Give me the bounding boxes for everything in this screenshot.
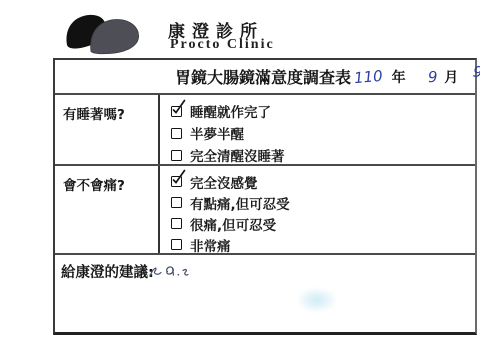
options-pain: 完全沒感覺 有點痛,但可忍受 很痛,但可忍受: [171, 166, 290, 253]
checkbox-empty: [171, 128, 182, 139]
handwritten-note-scribble: [147, 263, 193, 283]
option-label: 非常痛: [190, 235, 231, 255]
option-row: 完全清醒沒睡著: [171, 144, 285, 166]
checkbox-empty: [171, 150, 182, 161]
form-title: 胃鏡大腸鏡滿意度調查表: [175, 65, 351, 88]
suggestion-row: 給康澄的建議:: [55, 255, 475, 332]
checkbox-empty: [171, 218, 182, 229]
question-label-sleep: 有睡著嗎?: [55, 95, 160, 164]
option-row: 非常痛: [171, 234, 290, 255]
checkbox-checked: [171, 106, 182, 117]
option-row: 有點痛,但可忍受: [171, 192, 290, 213]
scanned-survey-form: 康澄診所 Procto Clinic 胃鏡大腸鏡滿意度調查表 110 年 9 月…: [0, 0, 480, 360]
option-label: 有點痛,但可忍受: [190, 193, 290, 213]
option-row: 很痛,但可忍受: [171, 213, 290, 234]
option-label: 半夢半醒: [190, 123, 244, 143]
checkbox-empty: [171, 197, 182, 208]
option-label: 很痛,但可忍受: [190, 214, 276, 234]
option-row: 睡醒就作完了: [171, 100, 285, 122]
question-label-pain: 會不會痛?: [55, 166, 160, 253]
handwritten-month: 9: [427, 67, 437, 85]
month-unit-label: 月: [444, 67, 458, 87]
option-label: 完全沒感覺: [190, 172, 258, 192]
option-row: 半夢半醒: [171, 122, 285, 144]
option-label: 睡醒就作完了: [190, 101, 271, 121]
checkbox-checked: [171, 176, 182, 187]
clinic-logo-icon: [60, 12, 150, 56]
checkmark-icon: [170, 168, 188, 186]
checkmark-icon: [170, 98, 188, 116]
option-row: 完全沒感覺: [171, 171, 290, 192]
clinic-name-english: Procto Clinic: [170, 37, 275, 53]
question-row-sleep: 有睡著嗎? 睡醒就作完了 半夢半醒: [55, 95, 475, 166]
survey-table: 胃鏡大腸鏡滿意度調查表 110 年 9 月 9 有睡著嗎? 睡醒就作完了: [53, 58, 477, 335]
checkbox-empty: [171, 239, 182, 250]
title-row: 胃鏡大腸鏡滿意度調查表 110 年 9 月 9: [55, 60, 475, 95]
option-label: 完全清醒沒睡著: [190, 145, 285, 165]
suggestion-label: 給康澄的建議:: [61, 261, 154, 282]
handwritten-year: 110: [353, 66, 383, 86]
question-row-pain: 會不會痛? 完全沒感覺 有點痛,但可忍受: [55, 166, 475, 255]
year-unit-label: 年: [392, 67, 406, 87]
options-sleep: 睡醒就作完了 半夢半醒 完全清醒沒睡著: [171, 95, 285, 164]
handwritten-day: 9: [472, 62, 480, 81]
